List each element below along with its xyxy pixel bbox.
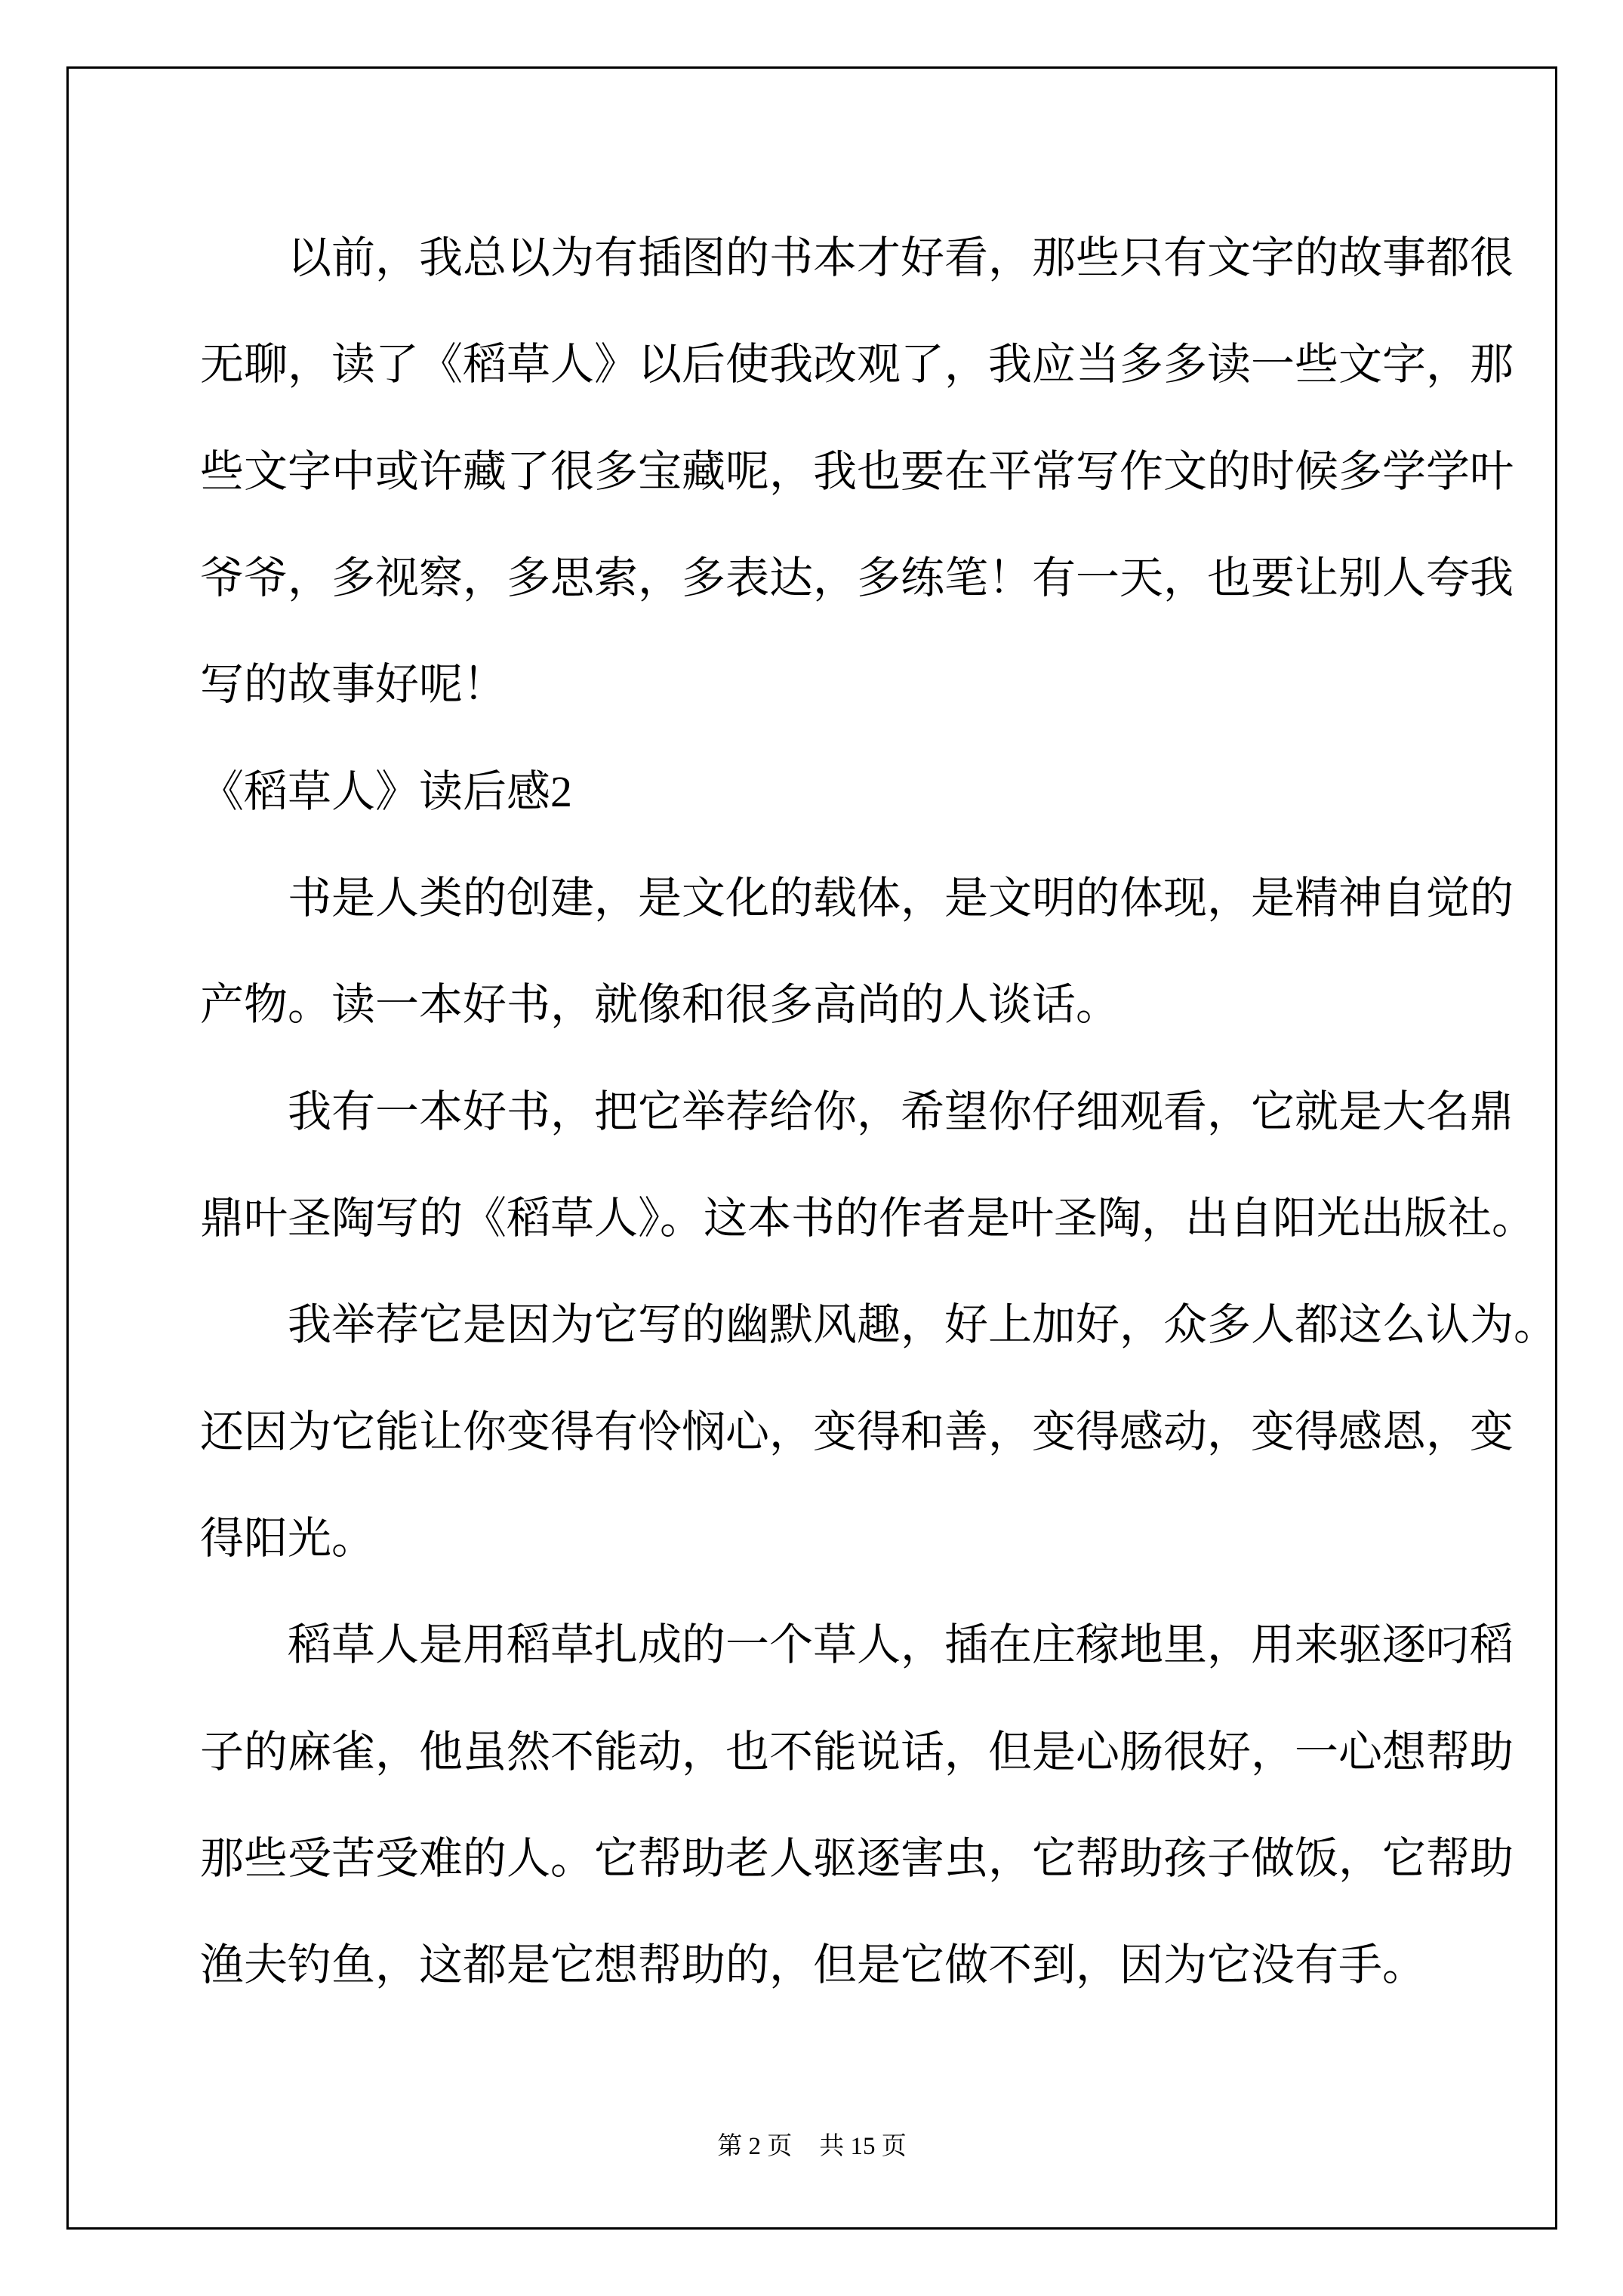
text-line: 得阳光。 bbox=[200, 1485, 1517, 1592]
section-heading: 《稻草人》读后感2 bbox=[200, 738, 1517, 845]
text-line: 以前，我总以为有插图的书本才好看，那些只有文字的故事都很 bbox=[200, 205, 1517, 311]
text-line: 稻草人是用稻草扎成的一个草人，插在庄稼地里，用来驱逐叼稻 bbox=[200, 1592, 1517, 1698]
footer-total-pages: 共 15 页 bbox=[819, 2124, 907, 2169]
text-line: 爷爷，多视察，多思索，多表达，多练笔！有一天，也要让别人夸我 bbox=[200, 525, 1517, 631]
text-line: 产物。读一本好书，就像和很多高尚的人谈话。 bbox=[200, 951, 1517, 1058]
text-line: 无聊，读了《稻草人》以后使我改观了，我应当多多读一些文字，那 bbox=[200, 311, 1517, 418]
text-line: 书是人类的创建，是文化的载体，是文明的体现，是精神自觉的 bbox=[200, 845, 1517, 951]
footer-current-page: 第 2 页 bbox=[717, 2124, 792, 2169]
text-line: 写的故事好呢！ bbox=[200, 631, 1517, 738]
document-page: 以前，我总以为有插图的书本才好看，那些只有文字的故事都很 无聊，读了《稻草人》以… bbox=[0, 0, 1623, 2296]
text-line: 我举荐它是因为它写的幽默风趣，好上加好，众多人都这么认为。 bbox=[200, 1271, 1517, 1378]
page-footer: 第 2 页共 15 页 bbox=[66, 2124, 1557, 2169]
text-line: 鼎叶圣陶写的《稻草人》。这本书的作者是叶圣陶，出自阳光出版社。 bbox=[200, 1165, 1517, 1271]
text-line: 渔夫钓鱼，这都是它想帮助的，但是它做不到，因为它没有手。 bbox=[200, 1912, 1517, 2018]
text-line: 些文字中或许藏了很多宝藏呢，我也要在平常写作文的时候多学学叶 bbox=[200, 418, 1517, 525]
text-line: 那些受苦受难的人。它帮助老人驱逐害虫，它帮助孩子做饭，它帮助 bbox=[200, 1805, 1517, 1912]
text-line: 还因为它能让你变得有怜悯心，变得和善，变得感动，变得感恩，变 bbox=[200, 1379, 1517, 1485]
text-line: 子的麻雀，他虽然不能动，也不能说话，但是心肠很好，一心想帮助 bbox=[200, 1699, 1517, 1805]
text-line: 我有一本好书，把它举荐给你，希望你仔细观看，它就是大名鼎 bbox=[200, 1059, 1517, 1165]
document-body: 以前，我总以为有插图的书本才好看，那些只有文字的故事都很 无聊，读了《稻草人》以… bbox=[0, 0, 1623, 2296]
